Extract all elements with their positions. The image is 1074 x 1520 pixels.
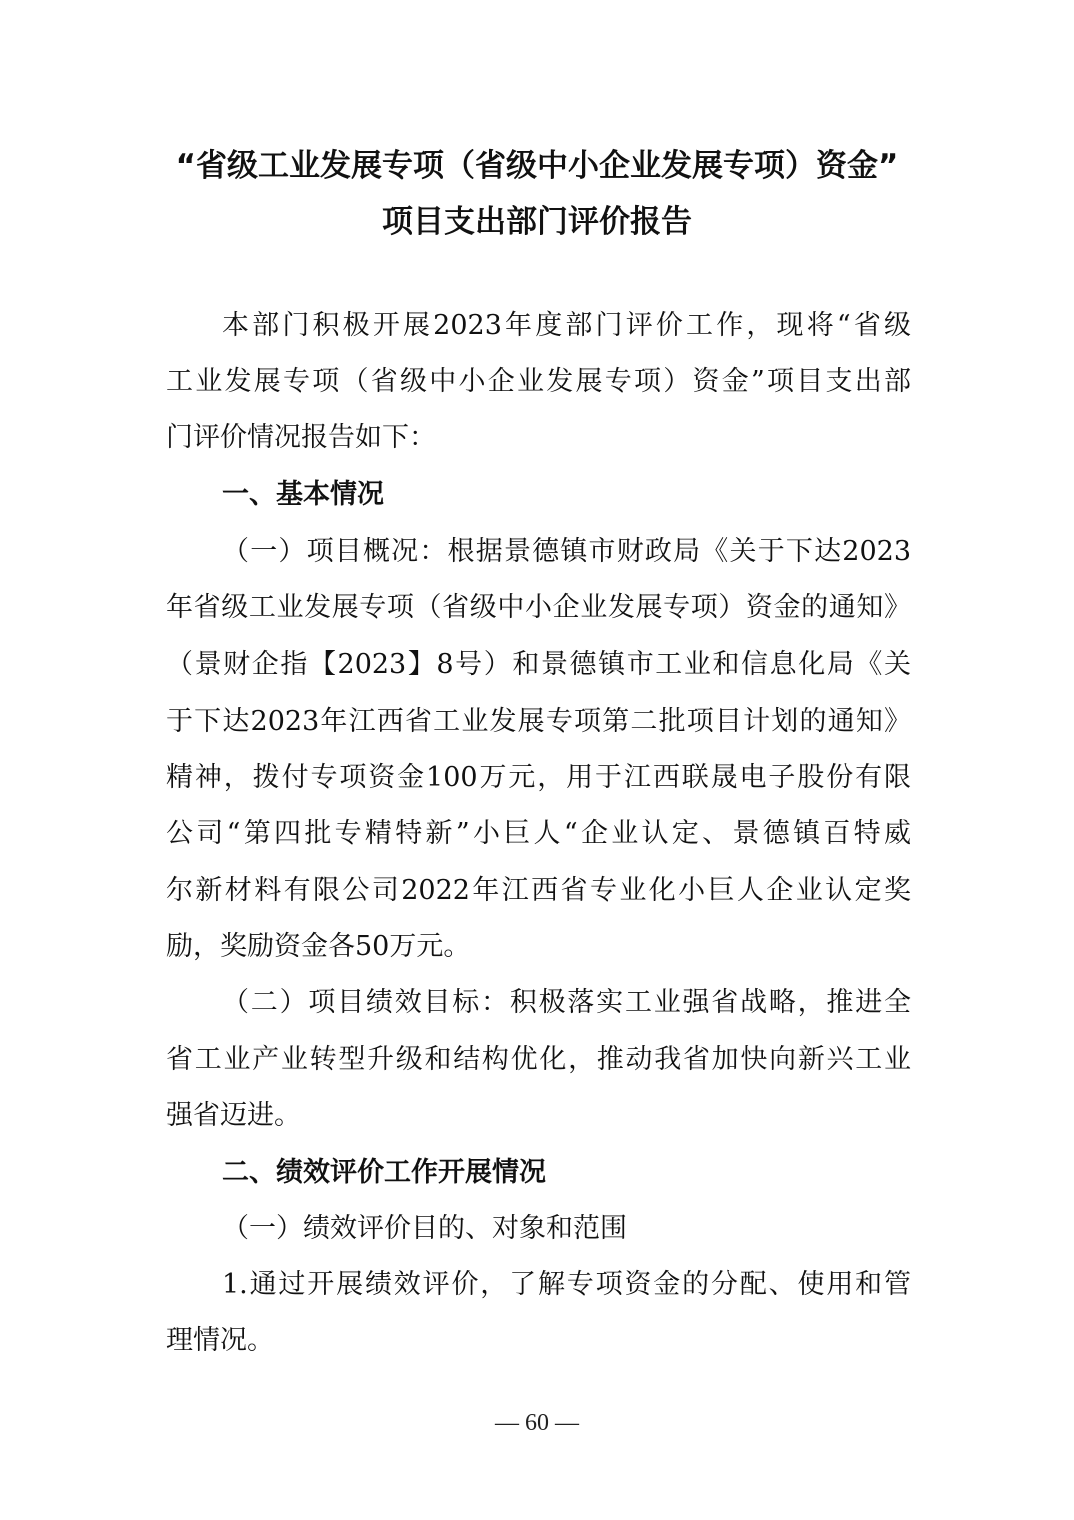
section-heading-evaluation: 二、绩效评价工作开展情况: [222, 1155, 546, 1191]
overview-line-7: 尔新材料有限公司2022年江西省专业化小巨人企业认定奖: [166, 873, 911, 909]
subsection-heading-purpose: （一）绩效评价目的、对象和范围: [222, 1211, 911, 1247]
overview-line-4: 于下达2023年江西省工业发展专项第二批项目计划的通知》: [166, 704, 911, 740]
document-title-line-1: “省级工业发展专项（省级中小企业发展专项）资金”: [120, 140, 954, 185]
document-page: “省级工业发展专项（省级中小企业发展专项）资金” 项目支出部门评价报告 本部门积…: [0, 0, 1074, 1520]
document-title-line-2: 项目支出部门评价报告: [120, 196, 954, 241]
overview-line-2: 年省级工业发展专项（省级中小企业发展专项）资金的通知》: [166, 590, 911, 626]
intro-line-2: 工业发展专项（省级中小企业发展专项）资金”项目支出部: [166, 364, 911, 400]
item1-line-2: 理情况。: [166, 1323, 911, 1359]
overview-line-1: （一）项目概况：根据景德镇市财政局《关于下达2023: [222, 534, 911, 570]
overview-line-6: 公司“第四批专精特新”小巨人“企业认定、景德镇百特威: [166, 816, 911, 852]
overview-line-8: 励，奖励资金各50万元。: [166, 929, 911, 965]
goals-line-1: （二）项目绩效目标：积极落实工业强省战略，推进全: [222, 985, 911, 1021]
goals-line-2: 省工业产业转型升级和结构优化，推动我省加快向新兴工业: [166, 1042, 911, 1078]
item1-line-1: 1.通过开展绩效评价，了解专项资金的分配、使用和管: [222, 1267, 911, 1303]
overview-line-5: 精神，拨付专项资金100万元，用于江西联晟电子股份有限: [166, 760, 911, 796]
overview-line-3: （景财企指【2023】8号）和景德镇市工业和信息化局《关: [166, 647, 911, 683]
page-number: — 60 —: [0, 1410, 1074, 1437]
intro-line-1: 本部门积极开展2023年度部门评价工作，现将“省级: [222, 308, 911, 344]
section-heading-basic-info: 一、基本情况: [222, 477, 384, 513]
goals-line-3: 强省迈进。: [166, 1098, 911, 1134]
intro-line-3: 门评价情况报告如下：: [166, 420, 911, 456]
